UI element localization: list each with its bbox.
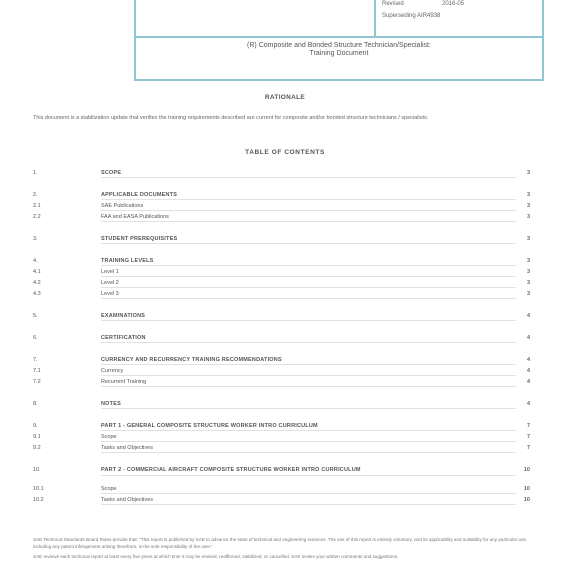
toc-entry-page: 3 [518, 290, 530, 298]
footer-paragraph-2: SAE reviews each technical report at lea… [33, 554, 540, 561]
toc-entry-number: 10.1 [33, 485, 73, 493]
toc-entry-page: 7 [518, 422, 530, 430]
toc-entry-page: 4 [518, 367, 530, 375]
rationale-text: This document is a stabilization update … [33, 114, 540, 122]
toc-entry-number: 7.2 [33, 378, 73, 386]
title-line-1: (R) Composite and Bonded Structure Techn… [136, 42, 542, 50]
toc-entry-page: 3 [518, 213, 530, 221]
toc-entry-page: 3 [518, 235, 530, 243]
toc-entry-title[interactable]: NOTES [101, 400, 516, 409]
toc-entry-title[interactable]: FAA and EASA Publications [101, 213, 516, 222]
toc-entry-page: 10 [518, 496, 530, 504]
toc-entry-title[interactable]: Level 3 [101, 290, 516, 299]
toc-entry[interactable]: 1.SCOPE3 [33, 169, 530, 180]
toc-entry-number: 6. [33, 334, 73, 342]
meta-label: Revised [382, 0, 422, 10]
toc-entry-number: 7.1 [33, 367, 73, 375]
toc-entry[interactable]: 2.2FAA and EASA Publications3 [33, 213, 530, 224]
toc-entry-title[interactable]: STUDENT PREREQUISITES [101, 235, 516, 244]
toc-entry[interactable]: 7.1Currency4 [33, 367, 530, 378]
meta-revised: Revised 2016-05 [382, 0, 464, 10]
toc-entry-page: 4 [518, 312, 530, 320]
toc-entry[interactable]: 10.1Scope10 [33, 485, 530, 496]
toc-entry-page: 4 [518, 356, 530, 364]
toc-entry[interactable]: 10.2Tasks and Objectives10 [33, 496, 530, 507]
toc-entry[interactable]: 8.NOTES4 [33, 400, 530, 411]
toc-entry-title[interactable]: Scope [101, 433, 516, 442]
toc-entry-title[interactable]: Level 2 [101, 279, 516, 288]
toc-entry-number: 4.3 [33, 290, 73, 298]
toc-entry-page: 10 [518, 466, 530, 474]
toc-entry-title[interactable]: Scope [101, 485, 516, 494]
toc-entry-title[interactable]: Tasks and Objectives [101, 496, 516, 505]
toc-entry-title[interactable]: SAE Publications [101, 202, 516, 211]
toc-entry[interactable]: 4.2Level 23 [33, 279, 530, 290]
toc-entry-title[interactable]: Currency [101, 367, 516, 376]
toc-entry[interactable]: 7.CURRENCY AND RECURRENCY TRAINING RECOM… [33, 356, 530, 367]
rationale-heading: RATIONALE [0, 94, 570, 101]
meta-value: 2016-05 [442, 0, 464, 10]
toc-entry-page: 7 [518, 444, 530, 452]
toc-entry-page: 3 [518, 169, 530, 177]
document-title: (R) Composite and Bonded Structure Techn… [136, 42, 542, 58]
meta-superseding: Superseding AIR4938 [382, 10, 464, 22]
toc-entry-number: 8. [33, 400, 73, 408]
toc-entry-title[interactable]: PART 1 - GENERAL COMPOSITE STRUCTURE WOR… [101, 422, 516, 431]
toc-entry-number: 5. [33, 312, 73, 320]
toc-entry-number: 10.2 [33, 496, 73, 504]
toc-entry-page: 3 [518, 202, 530, 210]
toc-entry[interactable]: 6.CERTIFICATION4 [33, 334, 530, 345]
toc-entry-number: 7. [33, 356, 73, 364]
toc-entry-title[interactable]: Level 1 [101, 268, 516, 277]
toc-entry[interactable]: 9.PART 1 - GENERAL COMPOSITE STRUCTURE W… [33, 422, 530, 433]
toc-heading: TABLE OF CONTENTS [0, 149, 570, 156]
toc-entry-number: 1. [33, 169, 73, 177]
toc-entry[interactable]: 4.3Level 33 [33, 290, 530, 301]
title-line-2: Training Document [136, 50, 542, 58]
toc-entry-number: 10. [33, 466, 73, 474]
toc-entry-number: 4.1 [33, 268, 73, 276]
toc-entry-page: 7 [518, 433, 530, 441]
toc-entry-number: 4.2 [33, 279, 73, 287]
toc-entry-page: 4 [518, 334, 530, 342]
toc-entry[interactable]: 9.1Scope7 [33, 433, 530, 444]
toc-entry-title[interactable]: Recurrent Training [101, 378, 516, 387]
toc-entry[interactable]: 10.PART 2 - COMMERCIAL AIRCRAFT COMPOSIT… [33, 466, 530, 485]
toc-entry[interactable]: 2.APPLICABLE DOCUMENTS3 [33, 191, 530, 202]
toc-entry-number: 2.1 [33, 202, 73, 210]
header-meta: Revised 2016-05 Superseding AIR4938 [382, 0, 464, 22]
toc-entry-page: 3 [518, 268, 530, 276]
toc-entry-title[interactable]: TRAINING LEVELS [101, 257, 516, 266]
toc-entry-number: 2. [33, 191, 73, 199]
toc-entry-title[interactable]: CURRENCY AND RECURRENCY TRAINING RECOMME… [101, 356, 516, 365]
header-top-row: Revised 2016-05 Superseding AIR4938 [136, 0, 542, 38]
toc-entry-number: 4. [33, 257, 73, 265]
toc-entry-number: 9. [33, 422, 73, 430]
toc-entry-number: 3. [33, 235, 73, 243]
toc-entry-page: 3 [518, 191, 530, 199]
toc-entry[interactable]: 3.STUDENT PREREQUISITES3 [33, 235, 530, 246]
toc-entry-page: 4 [518, 378, 530, 386]
toc-entry-page: 10 [518, 485, 530, 493]
toc-entry-title[interactable]: SCOPE [101, 169, 516, 178]
document-footer: SAE Technical Standards Board Rules prov… [33, 537, 540, 565]
toc-entry[interactable]: 2.1SAE Publications3 [33, 202, 530, 213]
document-header-box: Revised 2016-05 Superseding AIR4938 (R) … [134, 0, 544, 81]
toc-entry-number: 2.2 [33, 213, 73, 221]
toc-entry-title[interactable]: CERTIFICATION [101, 334, 516, 343]
toc-entry[interactable]: 4.TRAINING LEVELS3 [33, 257, 530, 268]
footer-paragraph-1: SAE Technical Standards Board Rules prov… [33, 537, 540, 550]
toc-entry[interactable]: 7.2Recurrent Training4 [33, 378, 530, 389]
toc-entry-page: 3 [518, 257, 530, 265]
toc-entry-title[interactable]: EXAMINATIONS [101, 312, 516, 321]
table-of-contents: 1.SCOPE32.APPLICABLE DOCUMENTS32.1SAE Pu… [33, 169, 530, 507]
toc-entry-title[interactable]: Tasks and Objectives [101, 444, 516, 453]
toc-entry-page: 4 [518, 400, 530, 408]
toc-entry-page: 3 [518, 279, 530, 287]
toc-entry-title[interactable]: PART 2 - COMMERCIAL AIRCRAFT COMPOSITE S… [101, 466, 516, 476]
toc-entry[interactable]: 4.1Level 13 [33, 268, 530, 279]
toc-entry[interactable]: 9.2Tasks and Objectives7 [33, 444, 530, 455]
toc-entry-title[interactable]: APPLICABLE DOCUMENTS [101, 191, 516, 200]
meta-label: Superseding AIR4938 [382, 10, 440, 22]
header-logo-cell [136, 0, 376, 36]
toc-entry-number: 9.2 [33, 444, 73, 452]
toc-entry[interactable]: 5.EXAMINATIONS4 [33, 312, 530, 323]
toc-entry-number: 9.1 [33, 433, 73, 441]
